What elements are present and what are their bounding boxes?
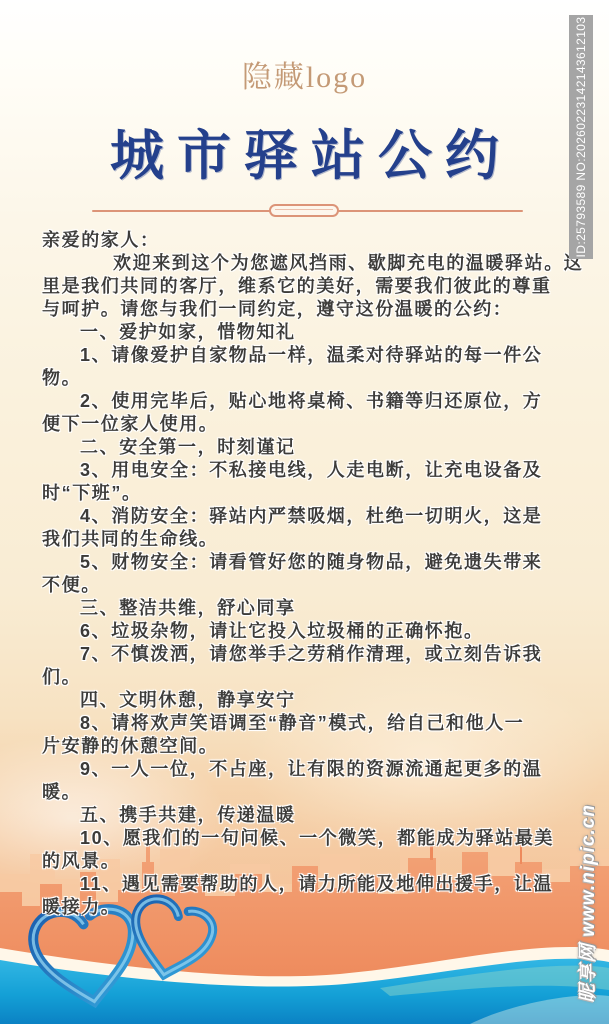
text-line: 四、文明休憩，静享安宁	[42, 689, 558, 712]
text-line: 1、请像爱护自家物品一样，温柔对待驿站的每一件公	[42, 344, 558, 367]
text-line: 4、消防安全：驿站内严禁吸烟，杜绝一切明火，这是	[42, 505, 558, 528]
site-watermark: 昵享网 www.nipic.cn	[573, 807, 597, 1003]
text-line: 的风景。	[42, 850, 558, 873]
stock-id-watermark: ID:25793589 NO:20260223142143612103	[569, 15, 593, 259]
text-line: 8、请将欢声笑语调至“静音”模式，给自己和他人一	[42, 712, 558, 735]
text-line: 6、垃圾杂物，请让它投入垃圾桶的正确怀抱。	[42, 620, 558, 643]
text-line: 二、安全第一，时刻谨记	[42, 436, 558, 459]
text-line: 不便。	[42, 574, 558, 597]
poster-title: 城市驿站公约	[0, 124, 609, 186]
text-line: 9、一人一位，不占座，让有限的资源流通起更多的温	[42, 758, 558, 781]
text-line: 欢迎来到这个为您遮风挡雨、歇脚充电的温暖驿站。这	[42, 252, 558, 275]
text-line: 亲爱的家人：	[42, 229, 558, 252]
text-line: 3、用电安全：不私接电线，人走电断，让充电设备及	[42, 459, 558, 482]
body-text: 亲爱的家人：欢迎来到这个为您遮风挡雨、歇脚充电的温暖驿站。这里是我们共同的客厅，…	[42, 229, 558, 919]
poster: 隐藏logo 城市驿站公约 亲爱的家人：欢迎来到这个为您遮风挡雨、歇脚充电的温暖…	[0, 0, 609, 1024]
text-line: 三、整洁共维，舒心同享	[42, 597, 558, 620]
text-line: 便下一位家人使用。	[42, 413, 558, 436]
stock-id-label: ID:25793589 NO:20260223142143612103	[574, 17, 588, 258]
hidden-logo-placeholder: 隐藏logo	[0, 52, 609, 96]
text-line: 物。	[42, 367, 558, 390]
text-line: 10、愿我们的一句问候、一个微笑，都能成为驿站最美	[42, 827, 558, 850]
text-line: 们。	[42, 666, 558, 689]
text-line: 里是我们共同的客厅，维系它的美好，需要我们彼此的尊重	[42, 275, 558, 298]
text-line: 11、遇见需要帮助的人，请力所能及地伸出援手，让温	[42, 873, 558, 896]
text-line: 一、爱护如家，惜物知礼	[42, 321, 558, 344]
text-line: 与呵护。请您与我们一同约定，遵守这份温暖的公约：	[42, 298, 558, 321]
text-line: 我们共同的生命线。	[42, 528, 558, 551]
text-line: 五、携手共建，传递温暖	[42, 804, 558, 827]
text-line: 5、财物安全：请看管好您的随身物品，避免遗失带来	[42, 551, 558, 574]
title-divider	[0, 196, 609, 226]
text-line: 7、不慎泼洒，请您举手之劳稍作清理，或立刻告诉我	[42, 643, 558, 666]
text-line: 暖接力。	[42, 896, 558, 919]
text-line: 时“下班”。	[42, 482, 558, 505]
text-line: 暖。	[42, 781, 558, 804]
text-line: 2、使用完毕后，贴心地将桌椅、书籍等归还原位，方	[42, 390, 558, 413]
text-line: 片安静的休憩空间。	[42, 735, 558, 758]
divider-capsule-ornament	[269, 204, 339, 217]
